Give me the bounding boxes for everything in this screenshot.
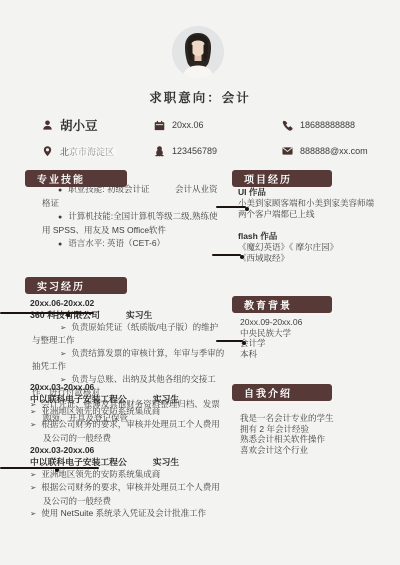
project-group-ui: UI 作品 小美到家顾客端和小美到家美容师端 两个客户端都已上线 [238,187,394,220]
arrow-bullet-icon: ➢ [30,509,36,518]
projects-body: UI 作品 小美到家顾客端和小美到家美容师端 两个客户端都已上线 flash 作… [238,187,394,264]
job-bullet: ➢根据公司财务的要求，审核并处理员工个人费用及公司的一般经费 [30,418,225,444]
project-group-name: UI 作品 [238,187,394,198]
skill-item: ●职业技能: 初级会计证 会计从业资格证 [30,183,224,210]
location-icon [42,145,53,157]
education-major: 会计学 [240,338,390,349]
contact-phone-value: 18688888888 [300,120,355,130]
section-header-internships: 实习经历 [25,277,127,294]
contact-qq: 123456789 [154,138,282,164]
contact-name-value: 胡小豆 [60,116,98,134]
calendar-icon [154,119,165,131]
education-title: 教育背景 [244,297,292,312]
contact-phone: 18688888888 [282,112,394,138]
arrow-bullet-icon: ➢ [30,407,36,416]
project-group-flash: flash 作品 《魔幻英语》《 摩尔庄园》 《西域取经》 [238,231,394,264]
contact-birth: 20xx.06 [154,112,282,138]
job-company: 中以联科电子安装工程公 [30,394,127,404]
job-bullet: ➢使用 NetSuite 系统录入凭证及会计批准工作 [30,507,225,520]
intro-line: 喜欢会计这个行业 [240,445,390,456]
project-line: 《西域取经》 [238,253,394,264]
job-role: 实习生 [153,457,179,467]
internships-title: 实习经历 [37,278,85,293]
ink-annotation-line-wrap-text [0,312,94,314]
education-period: 20xx.09-20xx.06 [240,317,390,328]
job-bullet: ➢根据公司财务的要求，审核并处理员工个人费用及公司的一般经费 [30,481,225,507]
project-group-name: flash 作品 [238,231,394,242]
person-icon [42,119,53,131]
skills-list: ●职业技能: 初级会计证 会计从业资格证 ●计算机技能:全国计算机等级二级,熟练… [30,183,224,251]
contact-qq-value: 123456789 [172,146,217,156]
job-bullet: ➢负责原始凭证（纸质版/电子版）的维护与整理工作 [30,321,225,347]
phone-icon [282,119,293,131]
avatar [172,26,224,78]
project-line: 两个客户端都已上线 [238,209,394,220]
intro-line: 我是一名会计专业的学生 [240,413,390,424]
job-period: 20xx.03-20xx.06 [30,444,225,456]
intro-title: 自我介绍 [244,385,292,400]
job-bullet: ➢亚洲地区领先的安防系统集成商 [30,405,225,418]
ink-annotation-dot [240,255,244,259]
job-company-row: 中以联科电子安装工程公实习生 [30,393,225,405]
section-header-projects: 项目经历 [232,170,332,187]
contact-birth-value: 20xx.06 [172,120,204,130]
ink-annotation-dot [242,341,246,345]
contact-info-grid: 胡小豆 20xx.06 18688888888 北京市海淀区 123456789… [42,112,394,164]
education-degree: 本科 [240,349,390,360]
arrow-bullet-icon: ➢ [30,420,36,429]
qq-icon [154,145,165,157]
intro-body: 我是一名会计专业的学生 拥有 2 年会计经验 熟悉会计相关软件操作 喜欢会计这个… [240,413,390,455]
internship-job-2: 20xx.03-20xx.06 中以联科电子安装工程公实习生 ➢亚洲地区领先的安… [30,381,225,444]
ink-annotation-dot [245,207,249,211]
ink-annotation-line-clients-online [216,206,246,208]
contact-email: 888888@xx.com [282,138,394,164]
section-header-education: 教育背景 [232,296,332,313]
job-bullet: ➢亚洲地区领先的安防系统集成商 [30,468,225,481]
portrait-photo-illustration [172,26,224,78]
intro-line: 熟悉会计相关软件操作 [240,434,390,445]
education-body: 20xx.09-20xx.06 中央民族大学 会计学 本科 [240,317,390,359]
projects-title: 项目经历 [244,171,292,186]
ink-annotation-line-major [216,340,243,342]
job-role: 实习生 [153,394,179,404]
internship-job-3: 20xx.03-20xx.06 中以联科电子安装工程公实习生 ➢亚洲地区领先的安… [30,444,225,521]
section-header-intro: 自我介绍 [232,384,332,401]
ink-annotation-line-flash-title [212,254,241,256]
job-period: 20xx.03-20xx.06 [30,381,225,393]
job-period: 20xx.06-20xx.02 [30,297,225,309]
education-school: 中央民族大学 [240,328,390,339]
ink-annotation-dot [66,313,70,317]
arrow-bullet-icon: ➢ [60,323,66,332]
skill-item: ●语言水平: 英语（CET-6） [30,237,224,251]
job-role: 实习生 [126,310,152,320]
disc-bullet-icon: ● [58,241,62,248]
project-line: 小美到家顾客端和小美到家美容师端 [238,198,394,209]
contact-email-value: 888888@xx.com [300,146,368,156]
intro-line: 拥有 2 年会计经验 [240,424,390,435]
arrow-bullet-icon: ➢ [30,483,36,492]
disc-bullet-icon: ● [58,187,62,194]
arrow-bullet-icon: ➢ [30,470,36,479]
job-company-row: 360 科技有限公司实习生 [30,309,225,321]
disc-bullet-icon: ● [58,214,62,221]
job-bullet: ➢负责结算发票的审核计算，年审与季审的抽凭工作 [30,347,225,373]
ink-annotation-line-asia-bullet [0,467,99,469]
email-icon [282,145,293,157]
contact-name: 胡小豆 [42,112,154,138]
job-intention-title: 求职意向：会计 [0,88,400,106]
watermark-smudge [70,147,116,156]
skill-item: ●计算机技能:全国计算机等级二级,熟练使用 SPSS、用友及 MS Office… [30,210,224,237]
arrow-bullet-icon: ➢ [60,349,66,358]
job-company: 中以联科电子安装工程公 [30,457,127,467]
ink-annotation-dot [55,468,59,472]
project-line: 《魔幻英语》《 摩尔庄园》 [238,242,394,253]
